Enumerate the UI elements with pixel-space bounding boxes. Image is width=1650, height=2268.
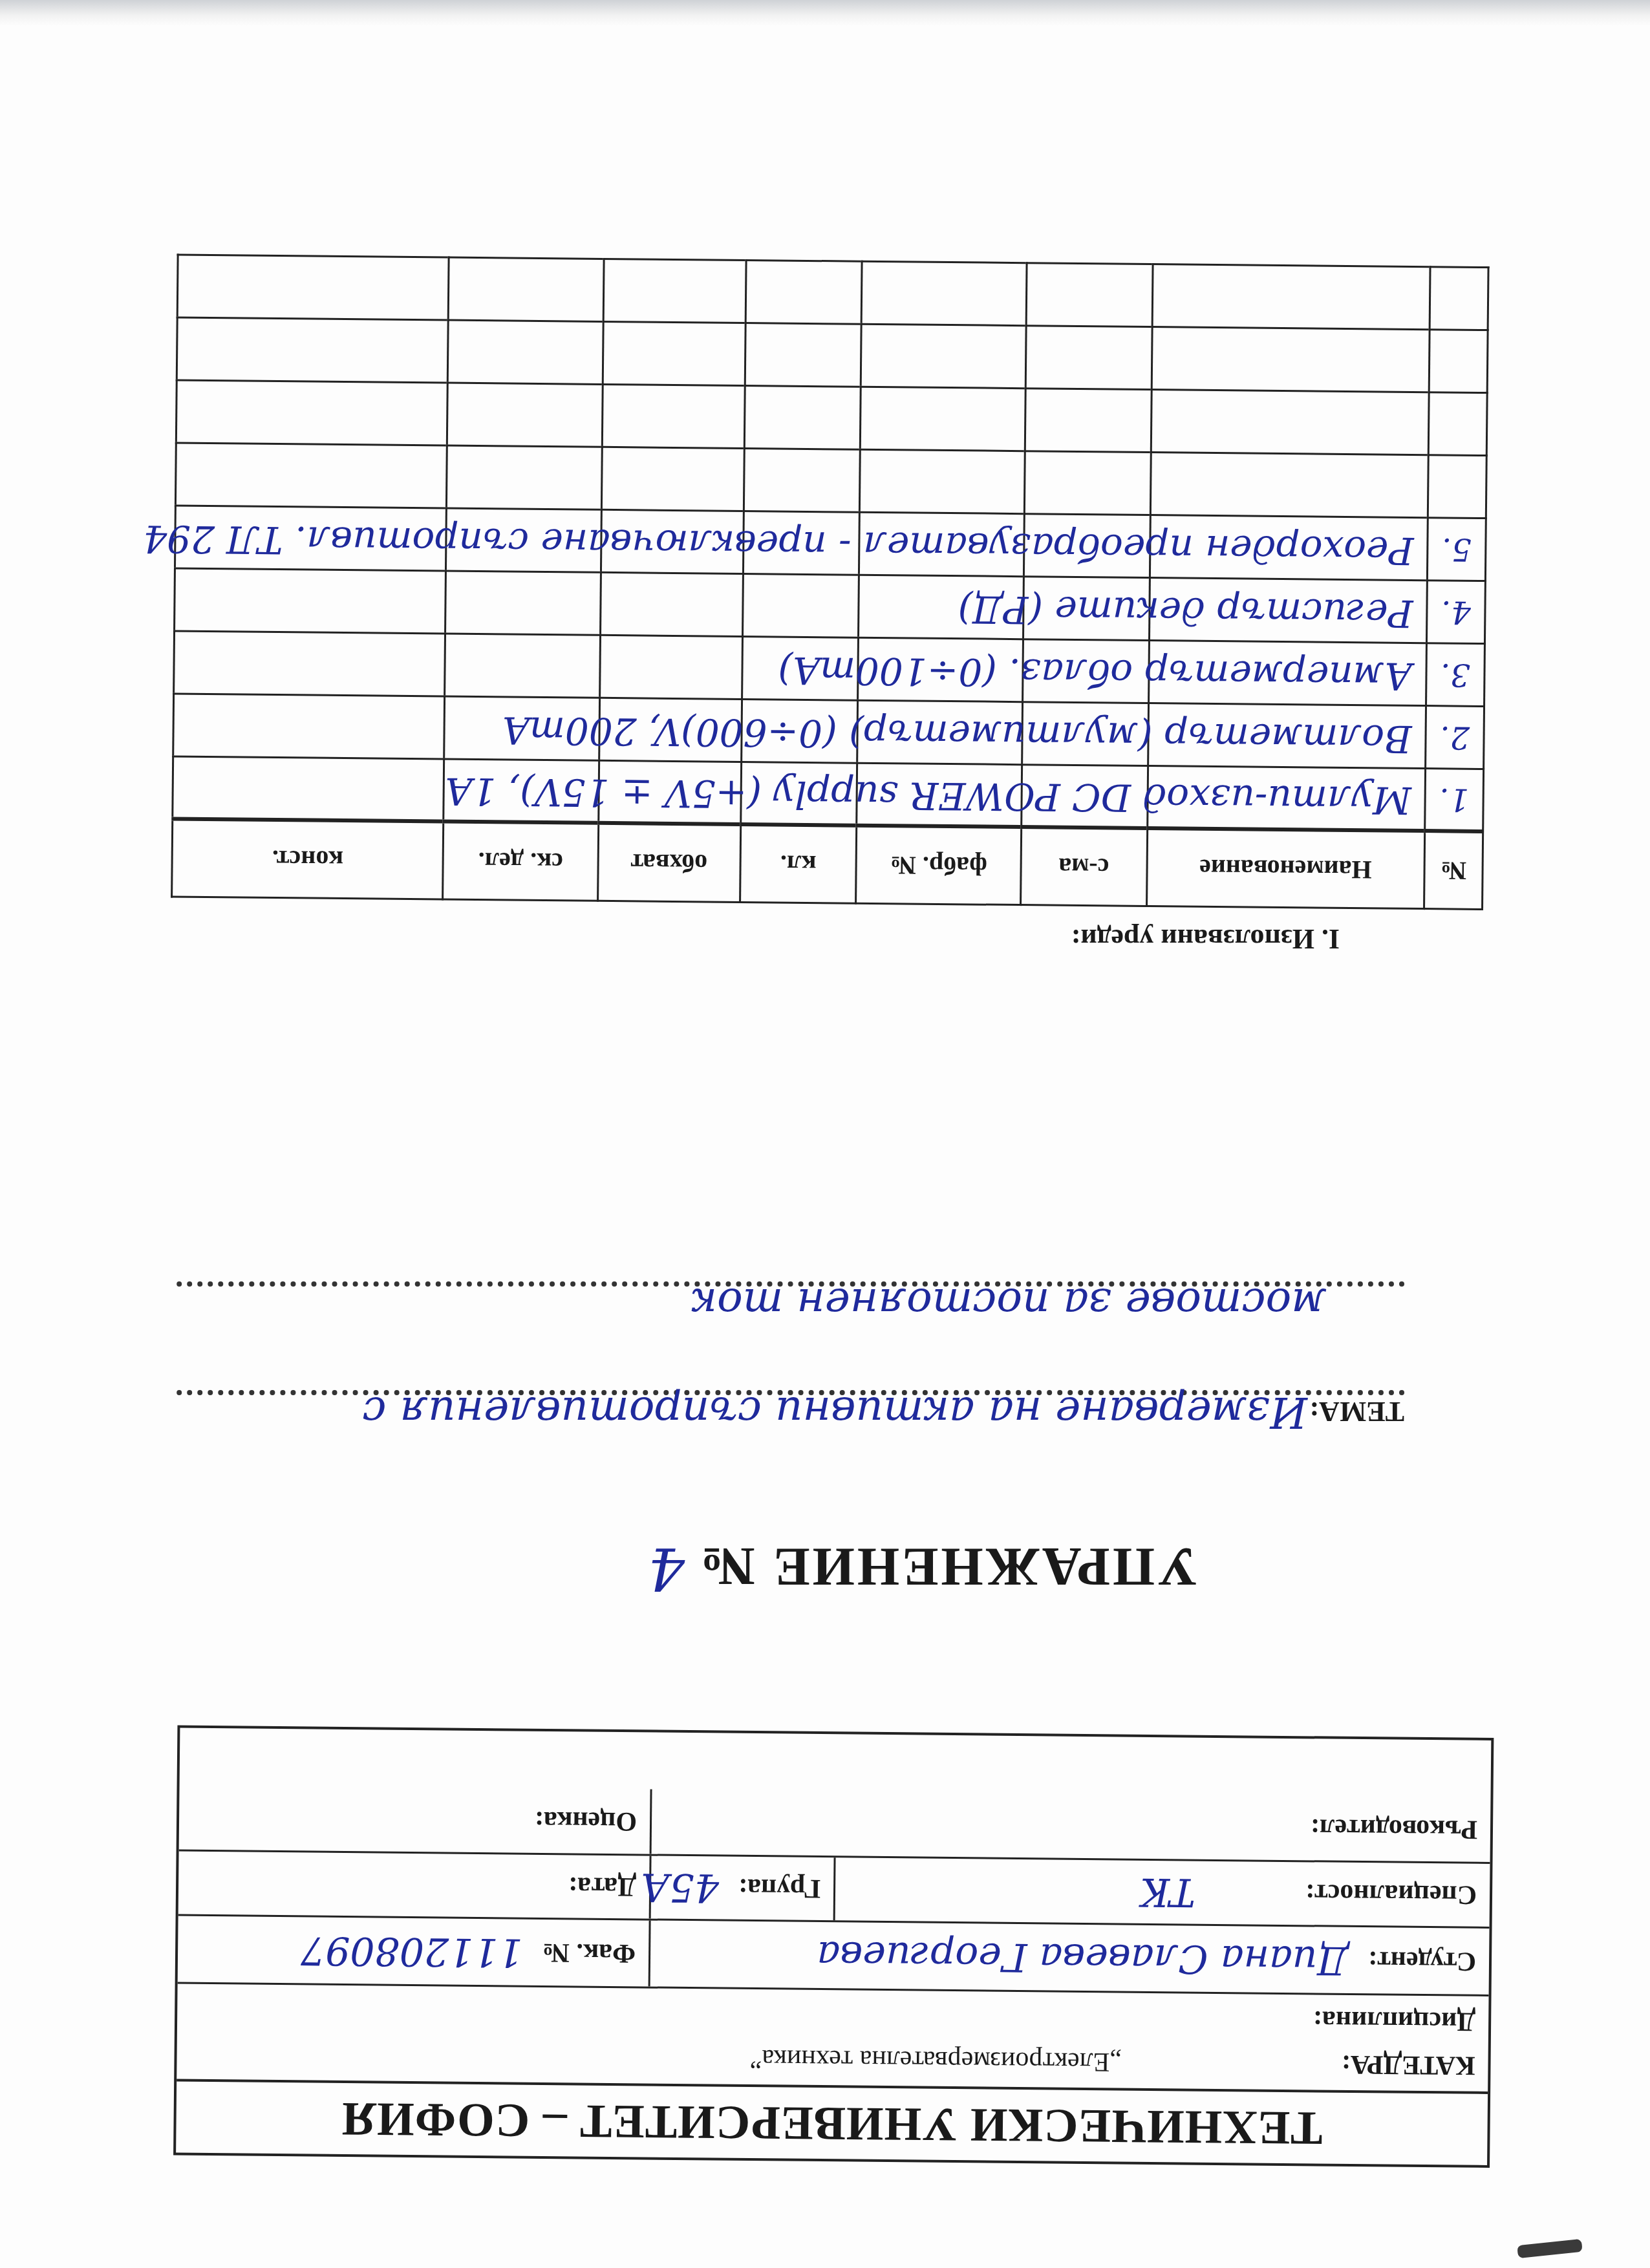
empty-cell[interactable] [448, 257, 603, 321]
specialty-label: Специалност: [1305, 1878, 1477, 1911]
exercise-title: УПРАЖНЕНИЕ №4 [645, 1534, 1197, 1602]
table-row [177, 255, 1488, 330]
topic-block: ТЕМА: Измерване на активни съпротивления… [176, 1256, 1404, 1473]
empty-cell[interactable] [860, 449, 1025, 513]
instrument-name-cell[interactable]: Реохорден преобразувател - превключване … [1150, 515, 1428, 581]
instrument-name-cell[interactable] [1152, 264, 1431, 330]
supervisor-row: Ръководител: Оценка: [179, 1785, 1491, 1862]
empty-cell[interactable] [447, 383, 603, 447]
table-row: 5.Реохорден преобразувател - превключван… [175, 506, 1486, 581]
topic-text-line-1: Измерване на активни съпротивления с [362, 1387, 1307, 1437]
row-number: 2. [1426, 706, 1484, 769]
scanner-edge-artifact [0, 0, 1650, 26]
empty-cell[interactable] [445, 634, 600, 698]
empty-cell[interactable] [445, 571, 601, 635]
table-row: 4.Регистър деките (РД) [175, 568, 1486, 643]
empty-cell[interactable] [447, 445, 602, 509]
empty-cell[interactable] [174, 631, 445, 696]
empty-cell[interactable] [175, 443, 447, 508]
group-label: Група: [738, 1872, 821, 1904]
faculty-number-field[interactable]: 111208097 [301, 1927, 523, 1974]
department-row: КАТЕДРА: „Електроизмервателна техника” Д… [177, 1982, 1488, 2091]
table-row [177, 317, 1488, 392]
empty-cell[interactable] [742, 573, 859, 637]
scan-mark [1517, 2239, 1583, 2258]
topic-line-2[interactable]: мостове за постоянен ток [176, 1281, 1404, 1364]
table-row [176, 380, 1487, 455]
instrument-name: Регистър деките (РД) [958, 587, 1413, 636]
instrument-name-cell[interactable] [1151, 390, 1430, 455]
table-row: 2.Волтметър (мултиметър) (0÷600)V, 200mA [173, 694, 1484, 769]
grade-label: Оценка: [535, 1805, 637, 1837]
equipment-table-header: №Наименованиес-мафабр. №кл.обхватск. дел… [172, 819, 1483, 909]
empty-cell[interactable] [176, 380, 447, 445]
exercise-number[interactable]: 4 [645, 1534, 685, 1602]
empty-cell[interactable] [173, 694, 445, 759]
equipment-section-label: I. Използвани уреди: [1071, 923, 1340, 956]
exercise-title-text: УПРАЖНЕНИЕ № [698, 1536, 1197, 1596]
instrument-name: Амперметър облаз. (0÷100mA) [778, 648, 1413, 698]
student-label: Студент: [1368, 1945, 1476, 1977]
column-header: фабр. № [856, 826, 1022, 904]
table-row [175, 443, 1486, 518]
empty-cell[interactable] [601, 447, 744, 511]
row-number [1428, 455, 1486, 519]
instrument-name-cell[interactable] [1152, 327, 1430, 392]
department-value: „Електроизмервателна техника” [750, 2044, 1122, 2079]
department-label: КАТЕДРА: [1342, 2049, 1475, 2081]
row-number [1428, 392, 1487, 456]
empty-cell[interactable] [602, 384, 745, 448]
empty-cell[interactable] [175, 568, 446, 634]
topic-text-line-2: мостове за постоянен ток [692, 1279, 1327, 1329]
instrument-name-cell[interactable]: Регистър деките (РД) [1149, 578, 1428, 643]
instrument-name-cell[interactable] [1150, 453, 1429, 518]
specialty-field[interactable]: ТК [1139, 1869, 1195, 1915]
empty-cell[interactable] [744, 448, 861, 512]
specialty-row: Специалност: ТК Група: 45А Дата: [178, 1850, 1490, 1927]
column-header: с-ма [1020, 828, 1147, 906]
column-header: обхват [597, 823, 740, 902]
student-name-field[interactable]: Диана Славева Георгиева [817, 1932, 1349, 1983]
row-number: 3. [1426, 643, 1485, 707]
scanned-form-page: ТЕХНИЧЕСКИ УНИВЕРСИТЕТ – СОФИЯ КАТЕДРА: … [0, 0, 1650, 2268]
empty-cell[interactable] [861, 387, 1026, 451]
empty-cell[interactable] [745, 261, 862, 325]
empty-cell[interactable] [173, 756, 444, 822]
empty-cell[interactable] [1025, 389, 1152, 453]
empty-cell[interactable] [177, 255, 449, 320]
student-row: Студент: Диана Славева Георгиева Фак. № … [178, 1914, 1490, 1995]
table-row: 1.Мулти-изход DC POWER supply (+5V ± 15V… [173, 756, 1484, 831]
empty-cell[interactable] [603, 259, 746, 323]
column-header: кл. [740, 824, 857, 903]
row-number: 5. [1428, 518, 1486, 581]
topic-label: ТЕМА: [1309, 1395, 1404, 1428]
row-number [1430, 267, 1488, 330]
faculty-number-label: Фак. № [542, 1937, 636, 1969]
empty-cell[interactable] [744, 385, 861, 449]
empty-cell[interactable] [599, 635, 742, 699]
row-number: 4. [1427, 581, 1486, 644]
group-field[interactable]: 45А [640, 1865, 719, 1910]
row-number: 1. [1425, 769, 1484, 832]
row-number [1429, 330, 1488, 393]
topic-line-1[interactable]: ТЕМА: Измерване на активни съпротивления… [176, 1390, 1404, 1473]
discipline-label: Дисциплина: [1313, 2005, 1476, 2037]
empty-cell[interactable] [745, 323, 862, 387]
empty-cell[interactable] [600, 572, 743, 636]
table-row: 3.Амперметър облаз. (0÷100mA) [174, 631, 1485, 706]
empty-cell[interactable] [861, 261, 1027, 325]
instrument-name-cell[interactable]: Мулти-изход DC POWER supply (+5V ± 15V),… [1147, 766, 1426, 831]
university-title: ТЕХНИЧЕСКИ УНИВЕРСИТЕТ – СОФИЯ [176, 2079, 1488, 2165]
empty-cell[interactable] [603, 321, 745, 385]
instrument-name-cell[interactable]: Амперметър облаз. (0÷100mA) [1148, 641, 1427, 706]
equipment-table: №Наименованиес-мафабр. №кл.обхватск. дел… [171, 254, 1489, 910]
column-header: № [1424, 831, 1483, 910]
header-info-box: ТЕХНИЧЕСКИ УНИВЕРСИТЕТ – СОФИЯ КАТЕДРА: … [173, 1725, 1494, 2168]
supervisor-label: Ръководител: [1311, 1812, 1478, 1845]
empty-cell[interactable] [1024, 451, 1151, 515]
instrument-name: Мулти-изход DC POWER supply (+5V ± 15V),… [445, 769, 1411, 822]
instrument-name-cell[interactable]: Волтметър (мултиметър) (0÷600)V, 200mA [1148, 703, 1426, 769]
column-header: Наименование [1146, 829, 1425, 909]
empty-cell[interactable] [1025, 326, 1152, 390]
column-header: конст. [172, 819, 444, 899]
empty-cell[interactable] [1026, 263, 1153, 327]
empty-cell[interactable] [177, 317, 448, 383]
instrument-name: Волтметър (мултиметър) (0÷600)V, 200mA [502, 708, 1412, 760]
column-header: ск. дел. [443, 822, 599, 901]
empty-cell[interactable] [861, 324, 1027, 388]
empty-cell[interactable] [448, 320, 603, 384]
date-label: Дата: [568, 1871, 636, 1903]
